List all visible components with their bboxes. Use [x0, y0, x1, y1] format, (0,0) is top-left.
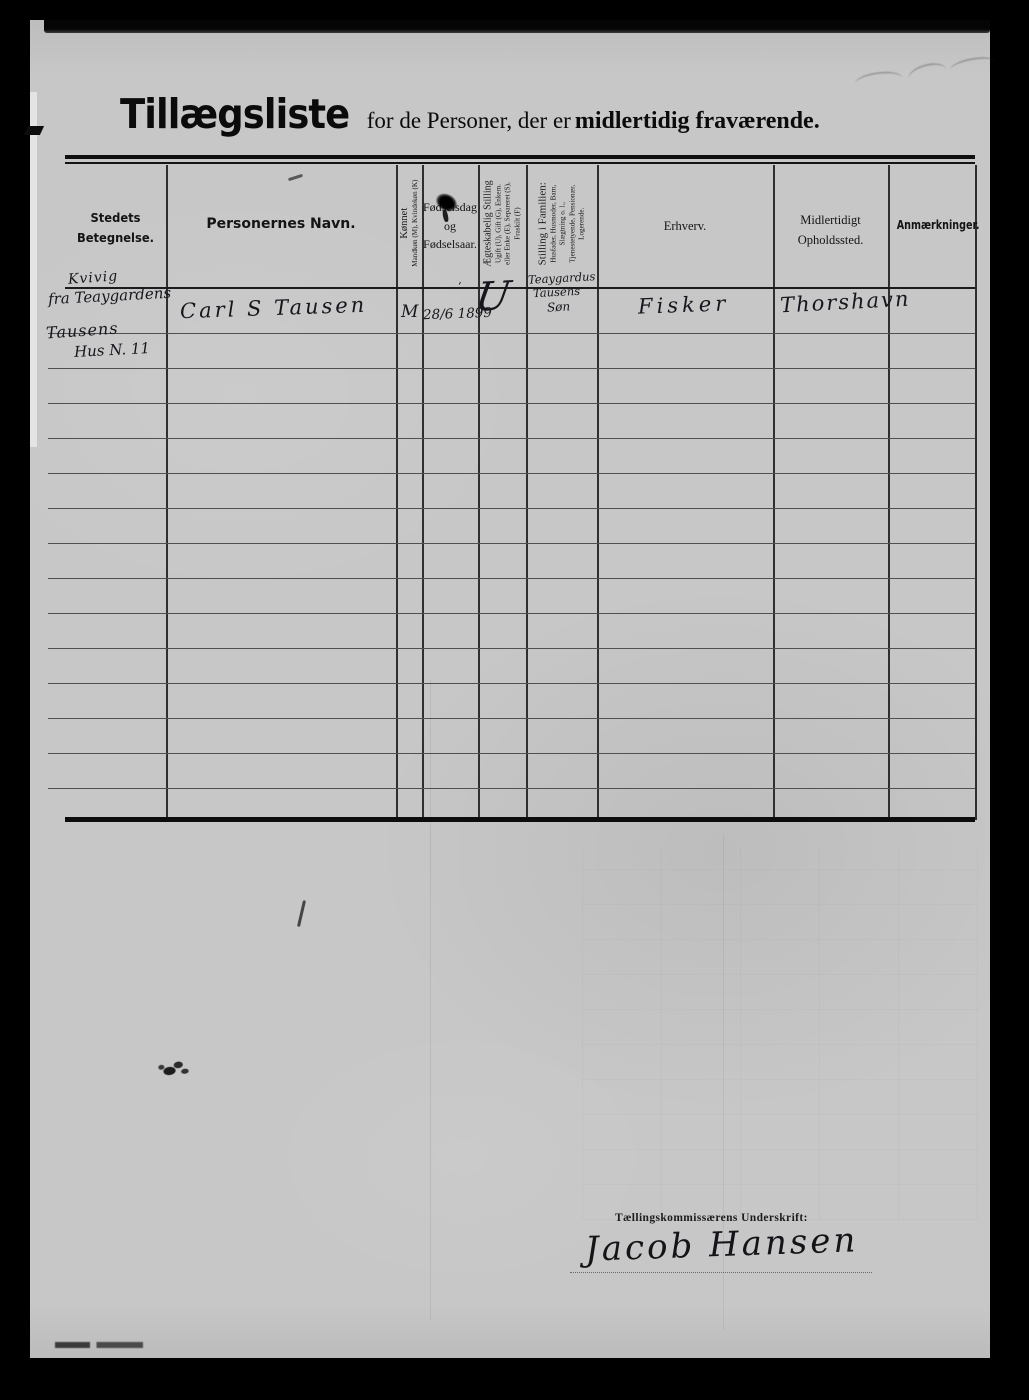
header-name: Personernes Navn. — [166, 216, 396, 232]
row-rule — [48, 403, 975, 404]
entry-occupation: Fisker — [638, 291, 730, 318]
column-rule — [597, 165, 599, 820]
signature-dotted-line — [570, 1272, 872, 1273]
entry-place-line4: Hus N. 11 — [74, 339, 151, 361]
column-rule — [478, 165, 480, 820]
row-rule — [48, 753, 975, 754]
row-rule — [48, 648, 975, 649]
column-rule — [975, 165, 977, 820]
column-rule — [396, 165, 398, 820]
stray-pen-stroke — [297, 900, 306, 927]
row-rule — [48, 473, 975, 474]
title-tail: midlertidig fraværende. — [575, 108, 820, 134]
column-rule — [888, 165, 890, 820]
header-sex: Kønnet Mandkøn (M), Kvindekøn (K) — [399, 163, 419, 283]
header-remarks: Anmærkninger. — [897, 218, 967, 232]
entry-name: Carl S Tausen — [180, 293, 368, 324]
column-rule — [773, 165, 775, 820]
row-rule — [48, 788, 975, 789]
entry-residence: Thorshavn — [779, 287, 911, 318]
pencil-dash — [288, 174, 303, 181]
header-marital: Ægteskabelig Stilling Ugift (U), Gift (G… — [482, 164, 521, 284]
scanned-census-page: Tillægsliste for de Personer, der er mid… — [0, 0, 1029, 1400]
row-rule — [48, 683, 975, 684]
title-mid: for de Personer, der er — [367, 108, 571, 133]
header-occupation: Erhverv. — [597, 219, 773, 234]
entry-marital: U — [472, 273, 513, 321]
page-title: Tillægsliste for de Personer, der er mid… — [120, 90, 980, 138]
column-rule — [526, 165, 528, 820]
header-place: Stedets Betegnelse. — [69, 208, 162, 248]
header-family: Stilling i Familien: Husfader, Husmoder,… — [536, 164, 586, 284]
row-rule — [48, 543, 975, 544]
ink-smudge — [155, 1054, 196, 1083]
fold-line — [430, 680, 431, 1320]
header-bottom-rule — [65, 287, 975, 289]
title-main: Tillægsliste — [120, 90, 349, 138]
entry-place-line3: Tausens — [45, 318, 119, 342]
row-rule — [48, 508, 975, 509]
scan-top-edge — [44, 20, 990, 33]
printer-imprint-smudge — [55, 1342, 143, 1348]
row-rule — [48, 613, 975, 614]
row-rule — [48, 578, 975, 579]
entry-family-line2: Tausens — [533, 284, 581, 300]
entry-sex: M — [401, 302, 418, 322]
column-rule — [422, 165, 424, 820]
commissioner-signature: Jacob Hansen — [584, 1220, 859, 1270]
table-bottom-rule — [65, 817, 975, 822]
scan-left-edge — [30, 92, 37, 447]
entry-place-line1: Kvivig — [68, 268, 119, 287]
row-rule — [48, 333, 975, 334]
row-rule — [48, 438, 975, 439]
column-rule — [166, 165, 168, 820]
bleedthrough-grid — [582, 848, 980, 1220]
entry-birth-tick: ʻ — [458, 280, 462, 293]
row-rule — [48, 718, 975, 719]
paper-sheet: Tillægsliste for de Personer, der er mid… — [30, 20, 990, 1358]
edge-ink-mark — [24, 126, 44, 135]
row-rule — [48, 368, 975, 369]
entry-family-line3: Søn — [547, 299, 571, 314]
header-residence: Midlertidigt Opholdssted. — [773, 210, 888, 250]
